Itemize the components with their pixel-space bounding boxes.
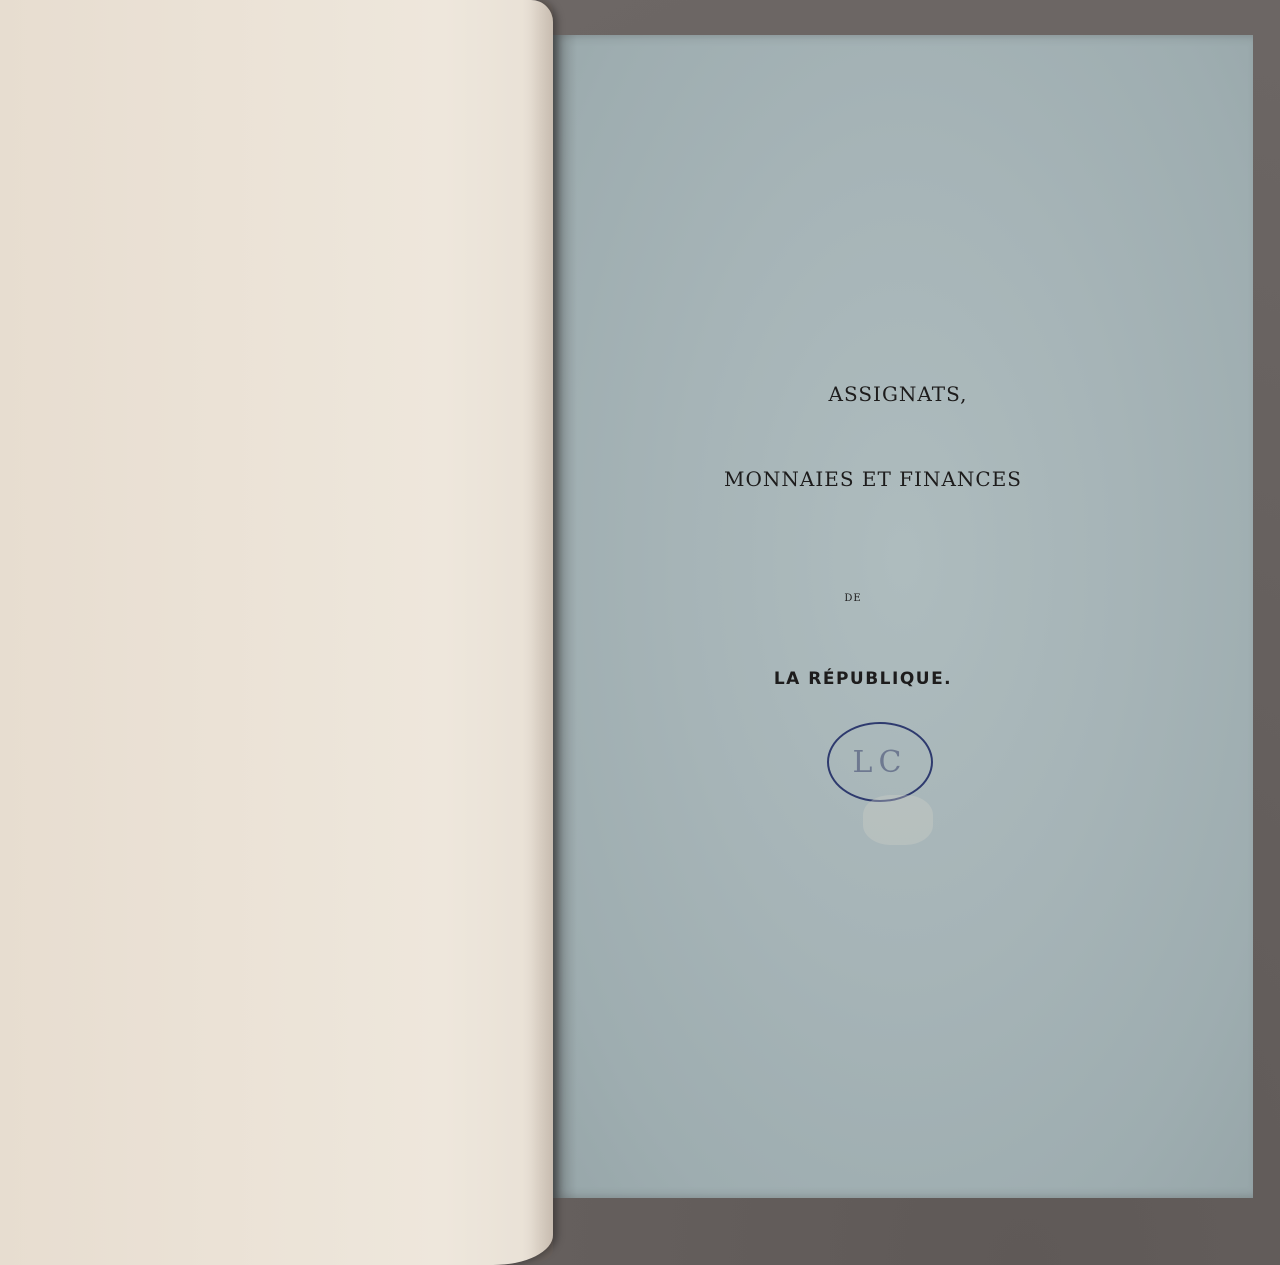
library-stamp-icon: LC	[827, 722, 933, 802]
title-line-republique: LA RÉPUBLIQUE.	[713, 669, 1013, 689]
spine-shadow	[553, 35, 577, 1198]
page-curl-shade	[523, 0, 553, 1265]
paper-smudge	[863, 795, 933, 845]
title-line-de: DE	[803, 593, 903, 604]
blank-left-page	[0, 0, 553, 1265]
title-line-assignats: ASSIGNATS,	[713, 382, 1083, 406]
stamp-text: LC	[853, 745, 908, 780]
book-photo: ASSIGNATS, MONNAIES ET FINANCES DE LA RÉ…	[0, 0, 1280, 1265]
title-line-monnaies: MONNAIES ET FINANCES	[673, 467, 1073, 491]
title-page: ASSIGNATS, MONNAIES ET FINANCES DE LA RÉ…	[553, 35, 1253, 1198]
